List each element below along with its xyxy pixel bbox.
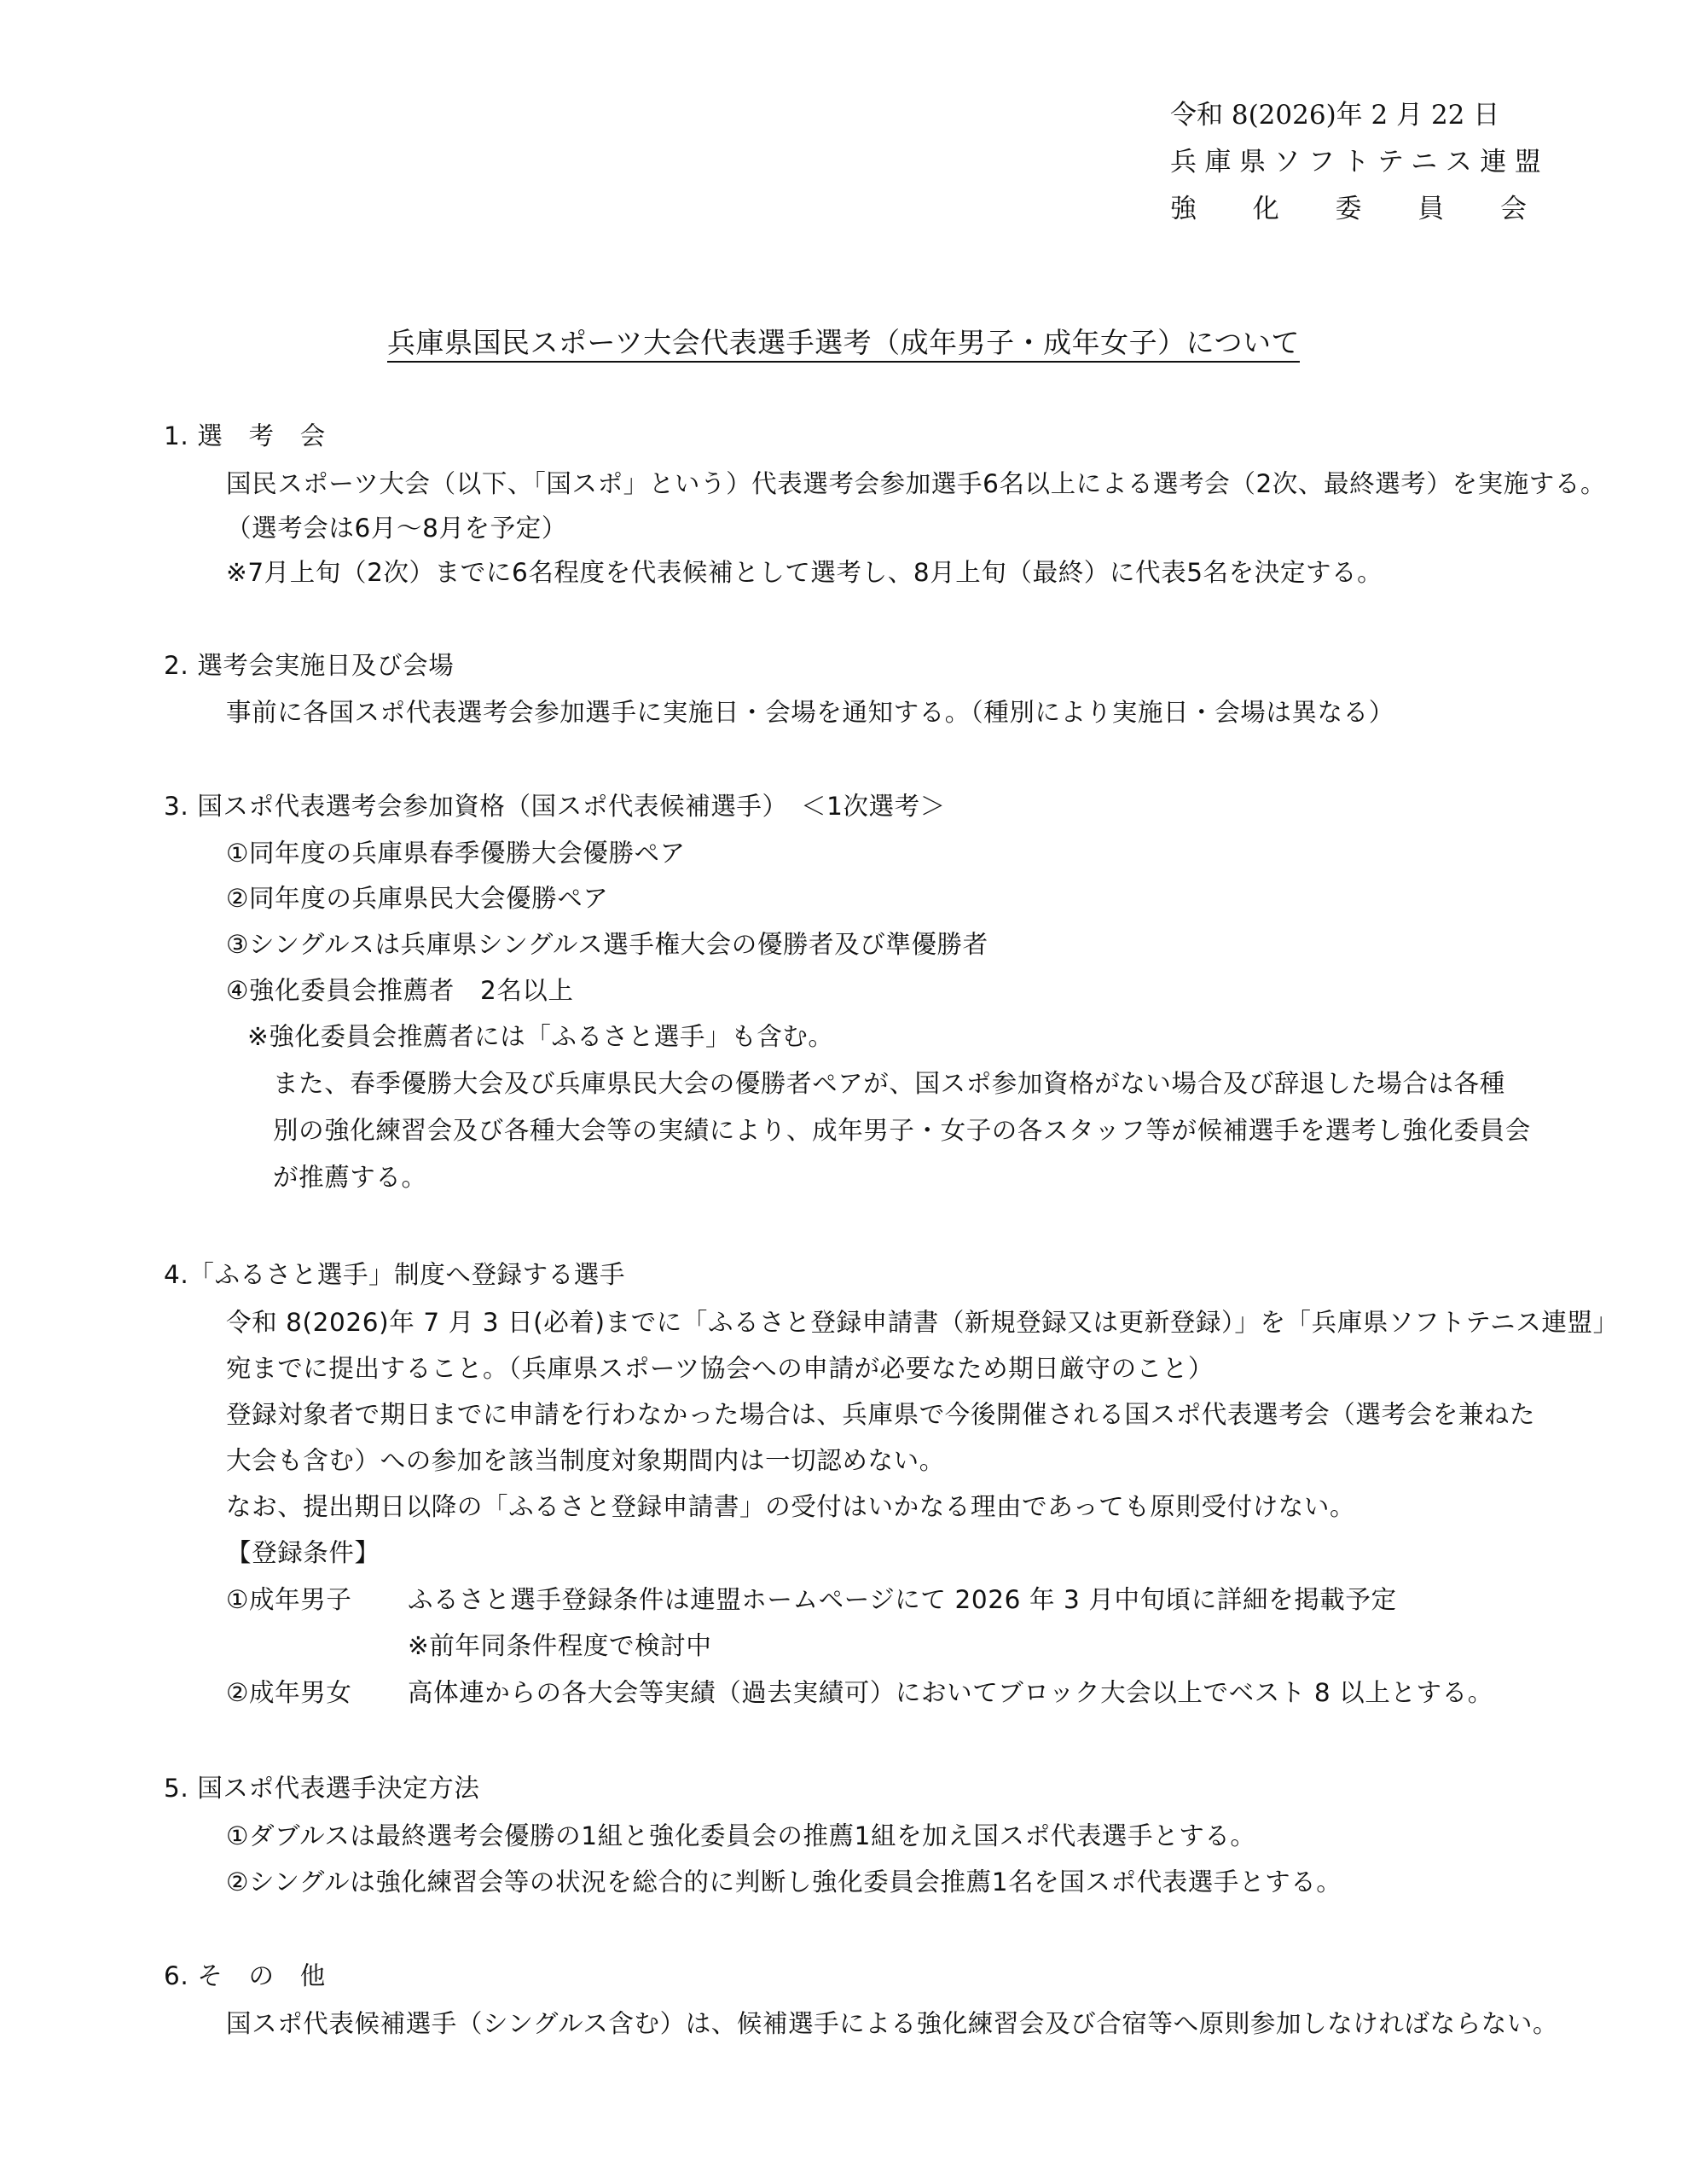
committee-char: 員: [1417, 192, 1444, 226]
condition-label: ②成年男女: [226, 1676, 351, 1710]
condition-label: ①成年男子: [226, 1583, 351, 1617]
section-2-line: 事前に各国スポ代表選考会参加選手に実施日・会場を通知する。（種別により実施日・会…: [226, 695, 1394, 729]
registration-conditions-heading: 【登録条件】: [226, 1536, 380, 1570]
committee-char: 会: [1500, 192, 1527, 226]
section-3-heading: 3. 国スポ代表選考会参加資格（国スポ代表候補選手） ＜1次選考＞: [164, 789, 946, 823]
section-1-heading: 1. 選 考 会: [164, 419, 326, 453]
section-1-line: 国民スポーツ大会（以下、「国スポ」という）代表選考会参加選手6名以上による選考会…: [226, 467, 1606, 501]
organization-name: 兵庫県ソフトテニス連盟: [1170, 145, 1528, 179]
document-date: 令和 8(2026)年 2 月 22 日: [1170, 98, 1528, 132]
section-6-line: 国スポ代表候補選手（シングルス含む）は、候補選手による強化練習会及び合宿等へ原則…: [226, 2007, 1558, 2041]
section-1-line: ※7月上旬（2次）までに6名程度を代表候補として選考し、8月上旬（最終）に代表5…: [226, 555, 1383, 590]
section-6-heading: 6. そ の 他: [164, 1959, 326, 1993]
committee-char: 化: [1253, 192, 1279, 226]
condition-value: 高体連からの各大会等実績（過去実績可）においてブロック大会以上でベスト 8 以上…: [408, 1676, 1493, 1710]
document-title: 兵庫県国民スポーツ大会代表選手選考（成年男子・成年女子）について: [387, 326, 1300, 363]
section-5-heading: 5. 国スポ代表選手決定方法: [164, 1771, 479, 1805]
section-3-item: ①同年度の兵庫県春季優勝大会優勝ペア: [226, 836, 686, 870]
section-3-item: ②同年度の兵庫県民大会優勝ペア: [226, 881, 608, 915]
section-4-line: 宛までに提出すること。（兵庫県スポーツ協会への申請が必要なため期日厳守のこと）: [226, 1351, 1214, 1385]
section-4-line: 登録対象者で期日までに申請を行わなかった場合は、兵庫県で今後開催される国スポ代表…: [226, 1397, 1535, 1432]
committee-name: 強 化 委 員 会: [1170, 192, 1527, 226]
section-3-item: ④強化委員会推薦者 2名以上: [226, 973, 574, 1008]
section-3-note-line: 別の強化練習会及び各種大会等の実績により、成年男子・女子の各スタッフ等が候補選手…: [273, 1113, 1531, 1147]
condition-value: ふるさと選手登録条件は連盟ホームページにて 2026 年 3 月中旬頃に詳細を掲…: [408, 1583, 1397, 1617]
section-3-note-line: また、春季優勝大会及び兵庫県民大会の優勝者ペアが、国スポ参加資格がない場合及び辞…: [273, 1066, 1505, 1101]
section-4-line: なお、提出期日以降の「ふるさと登録申請書」の受付はいかなる理由であっても原則受付…: [226, 1490, 1355, 1524]
section-2-heading: 2. 選考会実施日及び会場: [164, 648, 454, 682]
section-5-item: ②シングルは強化練習会等の状況を総合的に判断し強化委員会推薦1名を国スポ代表選手…: [226, 1865, 1342, 1899]
section-4-line: 大会も含む）への参加を該当制度対象期間内は一切認めない。: [226, 1443, 945, 1478]
condition-note: ※前年同条件程度で検討中: [408, 1629, 711, 1663]
section-3-item: ③シングルスは兵庫県シングルス選手権大会の優勝者及び準優勝者: [226, 927, 988, 961]
section-4-heading: 4.「ふるさと選手」制度へ登録する選手: [164, 1258, 625, 1292]
section-5-item: ①ダブルスは最終選考会優勝の1組と強化委員会の推薦1組を加え国スポ代表選手とする…: [226, 1819, 1256, 1853]
document-page: 令和 8(2026)年 2 月 22 日 兵庫県ソフトテニス連盟 強 化 委 員…: [0, 0, 1687, 2184]
committee-char: 委: [1336, 192, 1362, 226]
section-3-note: ※強化委員会推薦者には「ふるさと選手」も含む。: [247, 1019, 834, 1054]
section-4-line: 令和 8(2026)年 7 月 3 日(必着)までに「ふるさと登録申請書（新規登…: [226, 1305, 1619, 1339]
document-title-wrap: 兵庫県国民スポーツ大会代表選手選考（成年男子・成年女子）について: [0, 324, 1687, 362]
section-3-note-line: が推薦する。: [273, 1160, 427, 1194]
committee-char: 強: [1170, 192, 1197, 226]
section-1-line: （選考会は6月～8月を予定）: [226, 511, 567, 545]
